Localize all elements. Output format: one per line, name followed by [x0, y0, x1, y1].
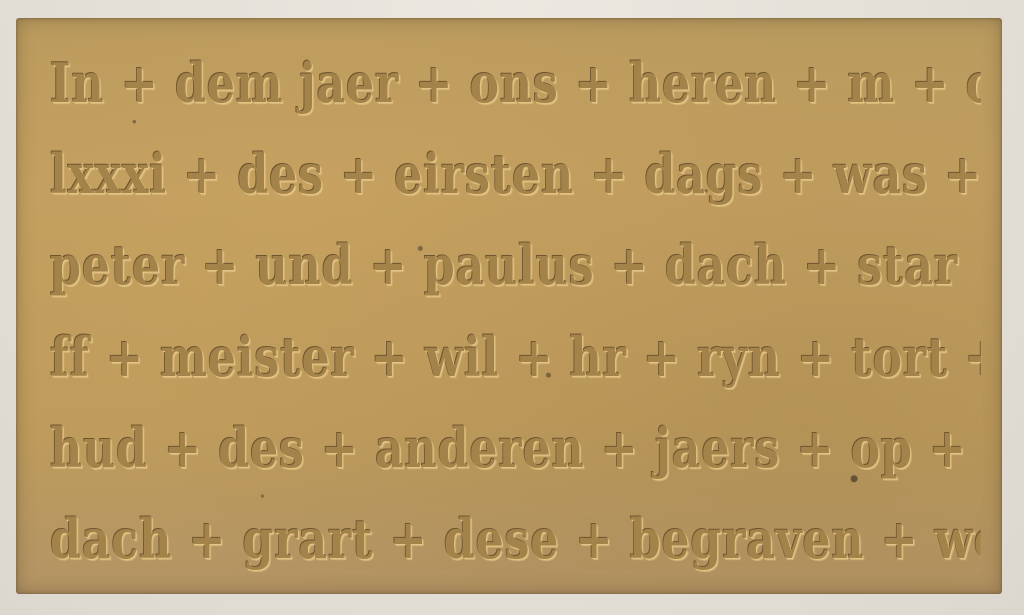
- inscription-line: dach + grart + dese + begraven + wer: [50, 502, 980, 576]
- inscription-line: peter + und + paulus + dach + star: [50, 228, 980, 302]
- inscription-line: lxxxi + des + eirsten + dags + was + sen…: [50, 137, 980, 211]
- stone-plaque: In + dem jaer + ons + heren + m + cccc l…: [16, 18, 1002, 594]
- inscription: In + dem jaer + ons + heren + m + cccc l…: [50, 46, 980, 576]
- inscription-line: hud + des + anderen + jaers + op + de + …: [50, 411, 980, 485]
- inscription-line: In + dem jaer + ons + heren + m + cccc: [50, 46, 980, 120]
- inscription-line: ff + meister + wil + hr + ryn + tort + i…: [50, 320, 980, 394]
